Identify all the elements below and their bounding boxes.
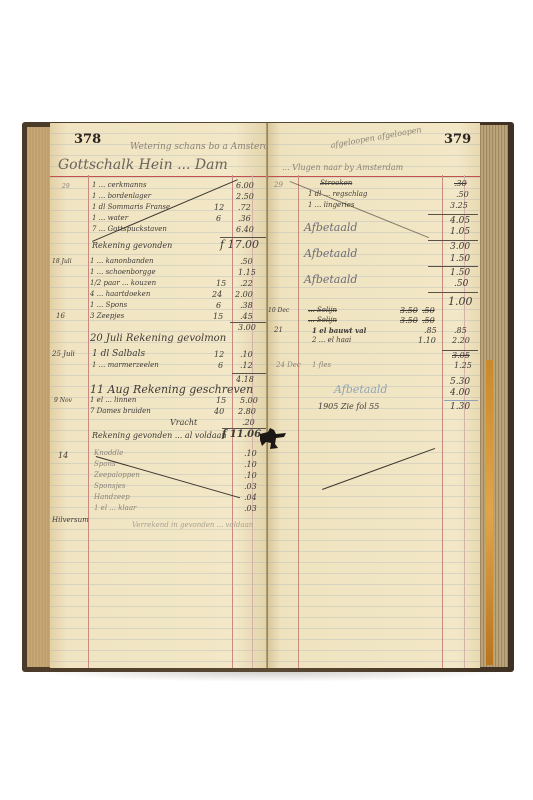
entry-text: 1905 Zie fol 55 — [318, 402, 379, 411]
entry-date: 10 Dec — [268, 307, 289, 314]
entry-text: Afbetaald — [334, 383, 387, 396]
entry-amount: .10 — [244, 460, 257, 469]
entry-text: 1 dl Salbals — [92, 349, 145, 359]
entry-qty: 1.10 — [418, 336, 436, 345]
entry-qty: .85 — [424, 326, 437, 335]
entry-amount: .72 — [238, 203, 251, 212]
entry-qty: 24 — [212, 290, 222, 299]
entry-amount: 1.25 — [454, 361, 472, 370]
page-header: ... Vlugen naar by Amsterdam — [282, 163, 403, 172]
entry-text: Strooken — [320, 179, 352, 187]
entry-amount: .50 — [422, 316, 435, 325]
entry-text: Afbetaald — [304, 221, 357, 234]
page-number: 378 — [74, 132, 101, 147]
entry-text: ... Selijn — [308, 316, 337, 324]
entry-amount: 1.15 — [238, 268, 256, 277]
entry-date: 24 Dec — [276, 361, 301, 369]
entry-date: 18 Juli — [52, 258, 72, 265]
entry-amount: .04 — [244, 493, 257, 502]
entry-text: 1 ... cerkmanns — [92, 181, 147, 189]
page-number: 379 — [444, 132, 471, 147]
header-rule — [268, 176, 480, 177]
entry-text: Handzeep — [94, 493, 130, 501]
entry-text: Zeepaloppen — [94, 471, 140, 479]
entry-text: 11 Aug Rekening geschreven — [90, 383, 253, 396]
entry-qty: 15 — [216, 396, 226, 405]
entry-text: 1 el ... klaar — [94, 504, 136, 512]
entry-date: 9 Nov — [54, 397, 72, 404]
entry-amount: .50 — [456, 190, 469, 199]
entry-text: 1 ... kanonbanden — [90, 257, 154, 265]
entry-amount: .10 — [244, 471, 257, 480]
clip-tab-icon — [258, 428, 288, 450]
amount-column-rule — [442, 175, 443, 668]
entry-qty: 3.50 — [400, 306, 418, 315]
entry-amount: 3.25 — [450, 201, 468, 210]
entry-text: 2 ... el haai — [312, 336, 351, 344]
entry-qty: 15 — [213, 312, 223, 321]
entry-text: 1 el ... linnen — [90, 396, 136, 404]
entry-text: 7 Dames bruiden — [90, 407, 151, 415]
entry-date: 16 — [56, 312, 65, 320]
subtotal-rule — [428, 240, 478, 241]
entry-text: 1/2 paar ... kouzen — [90, 279, 156, 287]
entry-total: 3.00 — [238, 323, 256, 332]
entry-amount: 5.00 — [240, 396, 258, 405]
entry-amount: 4.05 — [450, 216, 470, 226]
entry-text: 1 ... water — [92, 214, 128, 222]
entry-amount: 6.40 — [236, 225, 254, 234]
entry-amount: .50 — [422, 306, 435, 315]
entry-text: 1 ... schoenborgge — [90, 268, 156, 276]
entry-amount: .30 — [454, 179, 467, 188]
subtotal-rule — [428, 292, 478, 293]
entry-total: f 11.06 — [222, 429, 261, 440]
entry-amount: 2.20 — [452, 336, 470, 345]
entry-amount: 2.80 — [238, 407, 256, 416]
date-column-rule — [88, 175, 89, 668]
entry-amount: 5.30 — [450, 377, 470, 387]
subtotal-rule — [232, 373, 268, 374]
entry-amount: 6.00 — [236, 181, 254, 190]
entry-text: Verrekend in gevonden ... voldaan — [132, 521, 253, 529]
entry-amount: .50 — [454, 279, 468, 289]
right-page-stack — [478, 125, 508, 667]
page-header-account: Gottschalk Hein ... Dam — [58, 157, 228, 173]
entry-text: 4 ... haartdoeken — [90, 290, 150, 298]
entry-amount: .10 — [244, 449, 257, 458]
entry-text: 1 ... marmerzeelen — [92, 361, 159, 369]
entry-qty: 3.50 — [400, 316, 418, 325]
entry-amount: .20 — [242, 418, 255, 427]
entry-qty: 12 — [214, 203, 224, 212]
entry-text: ... Selijn — [308, 306, 337, 314]
right-page: 379 afgeloopen afgeloopen ... Vlugen naa… — [268, 123, 480, 668]
entry-amount: .38 — [240, 301, 253, 310]
entry-amount: 2.50 — [236, 192, 254, 201]
entry-date: 21 — [274, 326, 283, 334]
page-header-line1: Wetering schans bo a Amsterdam — [130, 142, 268, 152]
entry-qty: 6 — [218, 361, 223, 370]
entry-qty: 12 — [214, 350, 224, 359]
entry-qty: 6 — [216, 214, 221, 223]
entry-qty: 15 — [216, 279, 226, 288]
entry-amount: .10 — [240, 350, 253, 359]
entry-date: 14 — [58, 451, 68, 460]
entry-text: 1 ... bordenlager — [92, 192, 151, 200]
entry-amount: .45 — [240, 312, 253, 321]
entry-text: 1 ... Spons — [90, 301, 127, 309]
entry-date: 25 Juli — [52, 350, 75, 358]
entry-amount: 4.00 — [450, 388, 470, 398]
entry-amount: .85 — [454, 326, 467, 335]
entry-qty: 6 — [216, 301, 221, 310]
entry-amount: 1.50 — [450, 268, 470, 278]
entry-amount: .12 — [240, 361, 253, 370]
entry-amount: .50 — [240, 257, 253, 266]
entry-text: Sponsjes — [94, 482, 126, 490]
entry-amount: 3.05 — [452, 351, 470, 360]
entry-text: Afbetaald — [304, 247, 357, 260]
left-page: 378 Wetering schans bo a Amsterdam Gotts… — [50, 123, 268, 668]
gilt-edge — [486, 360, 493, 665]
entry-amount: .03 — [244, 504, 257, 513]
entry-text: Rekening gevonden — [92, 241, 172, 250]
entry-text: Rekening gevonden ... al voldaan — [92, 431, 227, 440]
entry-date: 29 — [274, 181, 283, 189]
entry-text: 20 Juli Rekening gevolmon — [90, 333, 226, 344]
entry-text: 1 fles — [312, 361, 331, 369]
entry-amount: 1.30 — [450, 402, 470, 412]
entry-qty: 40 — [214, 407, 224, 416]
subtotal-rule — [428, 266, 478, 267]
entry-text: Vracht — [170, 418, 197, 427]
entry-amount: 1.00 — [448, 295, 473, 308]
entry-text: 1 el bauwt val — [312, 326, 366, 335]
entry-text: 7 ... Gottspuckstaven — [92, 225, 167, 233]
entry-amount: 1.50 — [450, 254, 470, 264]
entry-total: f 17.00 — [220, 238, 259, 251]
date-column-rule — [298, 175, 299, 668]
subtotal-rule — [444, 400, 478, 401]
subtotal-rule — [428, 214, 478, 215]
entry-date: Hilversum — [52, 516, 89, 524]
entry-amount: .36 — [238, 214, 251, 223]
entry-text: 1 dl Sommaris Franse — [92, 203, 170, 211]
header-rule — [50, 176, 268, 177]
entry-amount: 3.00 — [450, 242, 470, 252]
entry-text: Afbetaald — [304, 273, 357, 286]
entry-text: 3 Zeepjes — [90, 312, 124, 320]
entry-amount: 1.05 — [450, 227, 470, 237]
entry-amount: 2.00 — [235, 290, 253, 299]
entry-amount: .03 — [244, 482, 257, 491]
entry-amount: .22 — [240, 279, 253, 288]
